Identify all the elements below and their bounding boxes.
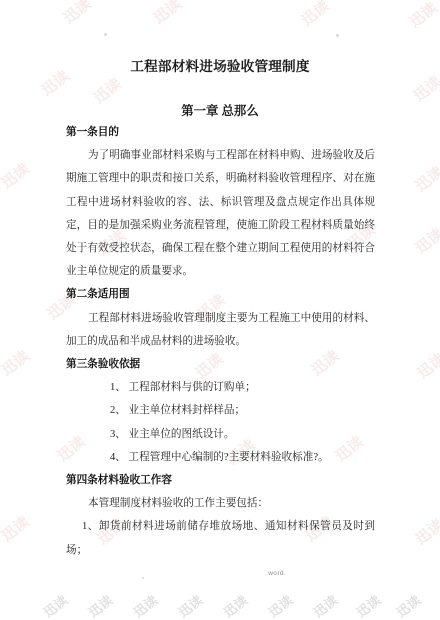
site-watermark-stamp: 迅读	[0, 511, 33, 546]
list-item: 1、卸货前材料进场前储存堆放场地、通知材料保管员及时到场；	[66, 515, 375, 561]
site-watermark-stamp: 迅读	[174, 590, 206, 620]
site-watermark-stamp: 迅读	[413, 348, 440, 383]
site-watermark-stamp: 迅读	[411, 514, 440, 549]
site-watermark-stamp: 迅读	[411, 161, 440, 196]
scan-speck	[104, 33, 107, 36]
site-watermark-stamp: 迅读	[309, 590, 341, 620]
site-watermark-stamp: 迅读	[0, 345, 33, 380]
section-heading: 第三条验收依据	[66, 353, 375, 376]
site-watermark-stamp: 迅读	[352, 590, 384, 620]
chapter-heading: 第一章 总那么	[0, 102, 440, 120]
section-heading: 第一条目的	[66, 121, 375, 144]
document-page: 迅读迅读迅读迅读迅读迅读迅读迅读迅读迅读迅读迅读迅读迅读迅读迅读迅读迅读迅读迅读…	[0, 0, 440, 620]
site-watermark-stamp: 迅读	[405, 0, 440, 32]
site-watermark-stamp: 迅读	[149, 0, 186, 28]
site-watermark-stamp: 迅读	[411, 223, 440, 258]
paragraph: 为了明确事业部材料采购与工程部在材料申购、进场验收及后期施工管理中的职责和接口关…	[66, 144, 375, 283]
list-item: 2、 业主单位材料封样样品；	[66, 399, 375, 422]
paragraph: 本管理制度材料验收的工作主要包括：	[66, 492, 375, 515]
document-body: 第一条目的为了明确事业部材料采购与工程部在材料申购、进场验收及后期施工管理中的职…	[66, 121, 375, 562]
site-watermark-stamp: 迅读	[129, 590, 161, 620]
footer-watermark-text: .word.	[266, 570, 286, 577]
site-watermark-stamp: 迅读	[0, 158, 33, 193]
scan-speck	[142, 577, 144, 579]
scan-speck	[336, 34, 339, 37]
site-watermark-stamp: 迅读	[264, 590, 296, 620]
site-watermark-stamp: 迅读	[39, 590, 71, 620]
list-item: 3、 业主单位的图纸设计。	[66, 423, 375, 446]
site-watermark-stamp: 迅读	[392, 590, 424, 620]
section-heading: 第二条适用围	[66, 283, 375, 306]
document-title: 工程部材料进场验收管理制度	[0, 57, 440, 77]
paragraph: 工程部材料进场验收管理制度主要为工程施工中使用的材料、加工的成品和半成品材料的进…	[66, 307, 375, 353]
site-watermark-stamp: 迅读	[297, 0, 334, 30]
list-item: 1、 工程部材料与供的订购单；	[66, 376, 375, 399]
site-watermark-stamp: 迅读	[219, 590, 251, 620]
site-watermark-stamp: 迅读	[84, 590, 116, 620]
site-watermark-stamp: 迅读	[59, 0, 96, 28]
section-heading: 第四条材料验收工作容	[66, 469, 375, 492]
list-item: 4、 工程管理中心编制的?主要材料验收标准?。	[66, 446, 375, 469]
